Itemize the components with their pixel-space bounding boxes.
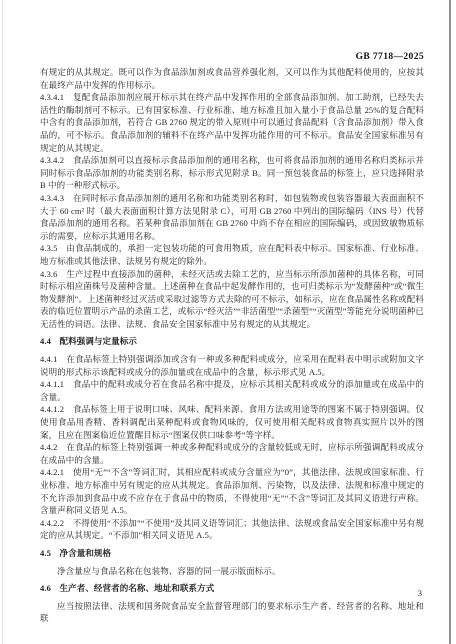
- paragraph-continuation: 有规定的从其规定。既可以作为食品添加剂或食品营养强化剂，又可以作为其他配料使用的…: [40, 66, 424, 91]
- clause-4-4-2-2: 4.4.2.2 不得使用“不添加”“不使用”及其同义语等词汇；其他法律、法规或食…: [40, 517, 424, 542]
- document-page: GB 7718—2025 有规定的从其规定。既可以作为食品添加剂或食品营养强化剂…: [0, 0, 456, 644]
- clause-4-3-4-3: 4.3.4.3 在同时标示食品添加剂的通用名称和功能类别名称时，如包装物或包装容…: [40, 192, 424, 242]
- clause-4-6-body: 应当按照法律、法规和国务院食品安全监督管理部门的要求标示生产者、经营者的名称、地…: [40, 600, 424, 625]
- clause-4-4-2: 4.4.2 在食品的标签上特别强调一种或多种配料或成分的含量较低或无时，应标示所…: [40, 441, 424, 466]
- standard-number-header: GB 7718—2025: [356, 52, 424, 62]
- clause-4-3-5: 4.3.5 由食品制成的，承担一定包装功能的可食用物质，应在配料表中标示。国家标…: [40, 242, 424, 267]
- section-heading-4-6: 4.6 生产者、经营者的名称、地址和联系方式: [40, 582, 424, 595]
- section-heading-4-5: 4.5 净含量和规格: [40, 547, 424, 560]
- page-right-edge-line: [449, 0, 451, 644]
- clause-4-4-2-1: 4.4.2.1 使用“无”“不含”等词汇时，其相应配料或成分含量应为“0”，其他…: [40, 466, 424, 516]
- clause-4-5-body: 净含量应与食品名称在包装物、容器的同一展示版面标示。: [40, 565, 424, 578]
- section-heading-4-4: 4.4 配料强调与定量标示: [40, 335, 424, 348]
- page-left-edge-line: [2, 0, 3, 644]
- clause-4-4-1: 4.4.1 在食品标签上特别强调添加或含有一种或多种配料或成分，应采用在配料表中…: [40, 353, 424, 378]
- clause-4-3-4-1: 4.3.4.1 复配食品添加剂应展开标示其在终产品中发挥作用的全部食品添加剂、加…: [40, 91, 424, 154]
- clause-4-4-1-1: 4.4.1.1 食品中的配料或成分若在食品名称中提及，应标示其相关配料或成分的添…: [40, 378, 424, 403]
- page-number: 3: [418, 588, 422, 598]
- clause-4-3-4-2: 4.3.4.2 食品添加剂可以直接标示食品添加剂的通用名称，也可将食品添加剂的通…: [40, 154, 424, 192]
- document-body: 有规定的从其规定。既可以作为食品添加剂或食品营养强化剂，又可以作为其他配料使用的…: [40, 66, 424, 625]
- clause-4-4-1-2: 4.4.1.2 食品标签上用于说明口味、风味、配料来源、食用方法或用途等的图案不…: [40, 403, 424, 441]
- clause-4-3-6: 4.3.6 生产过程中直接添加的菌种，未经灭活或去除工艺的，应当标示所添加菌种的…: [40, 268, 424, 331]
